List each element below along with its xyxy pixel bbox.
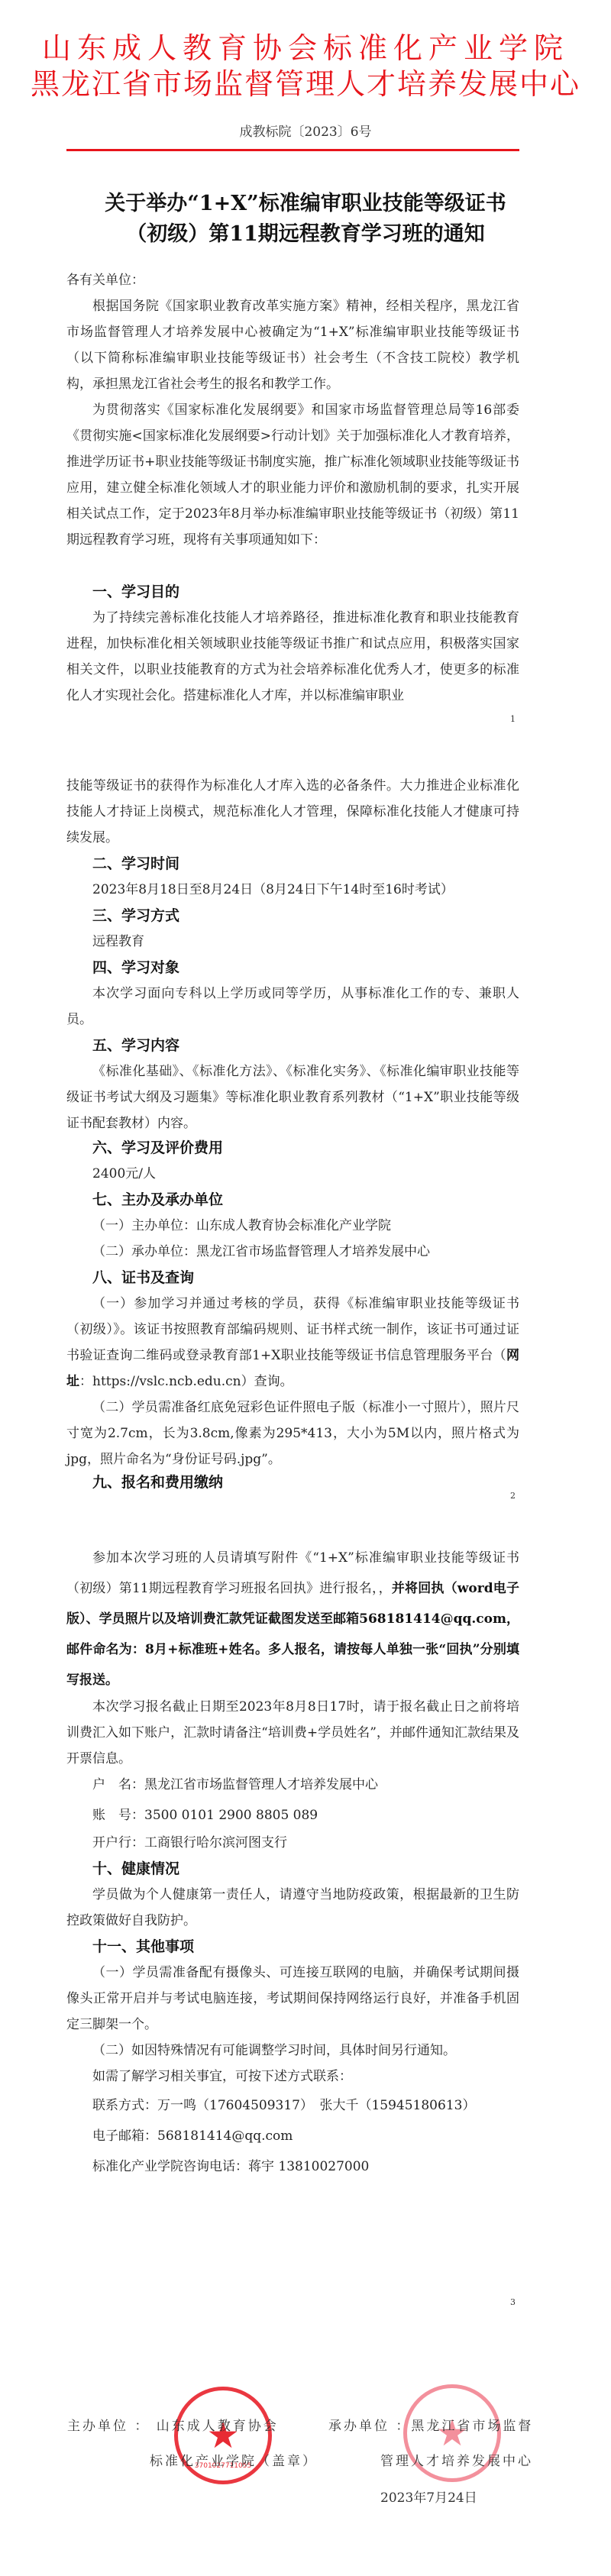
page-number-2: 2 [510,1491,516,1501]
section-heading-purpose: 一、学习目的 [92,579,179,605]
section-purpose-text-b: 技能等级证书的获得作为标准化人才库入选的必备条件。大力推进企业标准化技能人才持证… [66,773,519,851]
section-content-text: 《标准化基础》、《标准化方法》、《标准化实务》、《标准化编审职业技能等级证书考试… [66,1059,519,1136]
intro-paragraph-2: 为贯彻落实《国家标准化发展纲要》和国家市场监督管理总局等16部委《贯彻实施<国家… [66,397,519,553]
issuer-org-2: 黑龙江省市场监督管理人才培养发展中心 [0,66,611,102]
section-heading-method: 三、学习方式 [92,903,179,929]
section-heading-registration: 九、报名和费用缴纳 [92,1469,223,1495]
signature-host-line-1: 主办单位 ： 山东成人教育协会 [67,2413,279,2439]
section-time-text: 2023年8月18日至8月24日（8月24日下午14时至16时考试） [92,877,454,903]
bank-branch: 开户行：工商银行哈尔滨河图支行 [92,1830,287,1856]
certificate-item-1: （一）参加学习并通过考核的学员，获得《标准编审职业技能等级证书（初级）》。该证书… [66,1291,519,1395]
signature-host-line-2: 标准化产业学院（盖章） [150,2448,318,2474]
undertaking-organization: （二）承办单位：黑龙江省市场监督管理人才培养发展中心 [92,1239,430,1265]
issuer-org-1: 山东成人教育协会标准化产业学院 [0,31,611,66]
salutation: 各有关单位： [66,267,519,293]
section-method-text: 远程教育 [92,929,144,955]
other-item-1-equipment: （一）学员需准备配有摄像头、可连接互联网的电脑，并确保考试期间摄像头正常开启并与… [66,1960,519,2038]
verification-url[interactable]: ：https://vslc.ncb.edu.cn）查询。 [79,1374,293,1389]
section-heading-audience: 四、学习对象 [92,955,179,981]
section-heading-certificate: 八、证书及查询 [92,1265,194,1291]
signature-organizer-line-1: 承办单位 ：黑龙江省市场监督 [328,2413,533,2439]
section-fee-text: 2400元/人 [92,1161,156,1187]
section-heading-organizers: 七、主办及承办单位 [92,1187,223,1213]
contact-email[interactable]: 电子邮箱：568181414@qq.com [92,2123,293,2149]
notice-title-line-2: （初级）第11期远程教育学习班的通知 [0,217,611,247]
other-item-2-schedule: （二）如因特殊情况有可能调整学习时间，具体时间另行通知。 [92,2038,456,2064]
certificate-item-2-photo-requirements: （二）学员需准备红底免冠彩色证件照电子版（标准小一寸照片），照片尺寸宽为2.7c… [66,1395,519,1472]
section-heading-other: 十一、其他事项 [92,1934,194,1960]
section-heading-content: 五、学习内容 [92,1033,179,1059]
document-number: 成教标院〔2023〕6号 [0,121,611,140]
bank-account-number: 账 号：3500 0101 2900 8805 089 [92,1802,318,1828]
certificate-item-1-pre: （一）参加学习并通过考核的学员，获得《标准编审职业技能等级证书（初级）》。该证书… [66,1296,519,1363]
header-divider [66,149,519,151]
page-number-3: 3 [510,2297,516,2307]
section-audience-text: 本次学习面向专科以上学历或同等学历，从事标准化工作的专、兼职人员。 [66,981,519,1033]
intro-paragraph-1: 根据国务院《国家职业教育改革实施方案》精神，经相关程序，黑龙江省市场监督管理人才… [66,293,519,397]
registration-deadline-paragraph: 本次学习报名截止日期至2023年8月8日17时，请于报名截止日之前将培训费汇入如… [66,1694,519,1772]
contact-persons: 联系方式：万一鸣（17604509317） 张大千（15945180613） [92,2093,475,2119]
registration-submission-bold: 并将回执（word电子版）、学员照片以及培训费汇款凭证截图发送至邮箱568181… [66,1581,519,1688]
section-purpose-text-a: 为了持续完善标准化技能人才培养路径，推进标准化教育和职业技能教育进程，加快标准化… [66,605,519,709]
host-organization: （一）主办单位：山东成人教育协会标准化产业学院 [92,1213,391,1239]
section-health-text: 学员做为个人健康第一责任人，请遵守当地防疫政策，根据最新的卫生防控政策做好自我防… [66,1882,519,1934]
notice-title-line-1: 关于举办“1+X”标准编审职业技能等级证书 [0,186,611,216]
contact-intro: 如需了解学习相关事宜，可按下述方式联系： [92,2064,352,2090]
signature-organizer-line-2: 管理人才培养发展中心 [380,2448,533,2474]
page-number-1: 1 [510,714,516,724]
signature-date: 2023年7月24日 [380,2485,477,2511]
registration-paragraph-1: 参加本次学习班的人员请填写附件《“1+X”标准编审职业技能等级证书（初级）第11… [66,1543,519,1695]
section-heading-fee: 六、学习及评价费用 [92,1135,223,1161]
section-heading-time: 二、学习时间 [92,851,179,877]
section-heading-health: 十、健康情况 [92,1856,179,1882]
consult-phone: 标准化产业学院咨询电话：蒋宇 13810027000 [92,2154,369,2180]
bank-account-name: 户 名：黑龙江省市场监督管理人才培养发展中心 [92,1772,378,1798]
